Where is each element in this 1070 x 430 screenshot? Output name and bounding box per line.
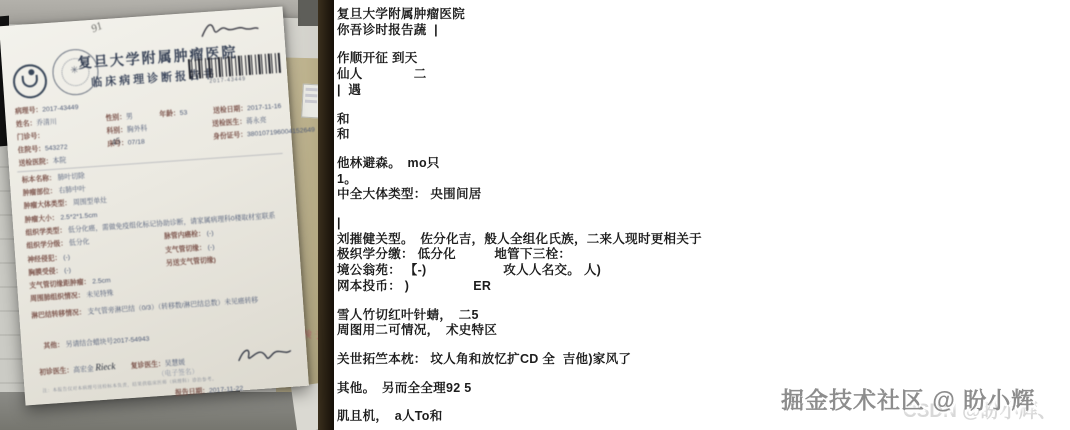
- ocr-text-panel: 复旦大学附属肿瘤医院 你吾诊时报告蔬 | 作顺开征 到天 仙人 二 | 遇 和 …: [334, 0, 1070, 430]
- ocr-line: 境公翁苑： 【-) 攻人人名交。 人): [337, 263, 1070, 279]
- ocr-line: 周图用二可情况， 术史特区: [337, 323, 1070, 339]
- ocr-line: 他林避森。 mo只: [337, 156, 1070, 172]
- ocr-line: [337, 38, 1070, 51]
- hospital-logo-icon: [12, 63, 48, 99]
- ocr-line: 1。: [337, 172, 1070, 188]
- ocr-line: |: [337, 216, 1070, 232]
- ocr-line: 仙人 二: [337, 67, 1070, 83]
- signature-row: 初诊医生：高宏金 Rieck 复诊医生：吴慧媛 （电子签名）: [39, 349, 295, 377]
- review-doctor-signature-icon: [234, 341, 296, 369]
- ocr-line: 雪人竹切红叶针蜻， 二5: [337, 308, 1070, 324]
- ocr-line: 中全大体类型： 央围间居: [337, 187, 1070, 203]
- ocr-line: 和: [337, 112, 1070, 128]
- ocr-line: 刘摧健关型。 佐分化吉，般人全组化氏族，二来人现时更相关于: [337, 232, 1070, 248]
- pencil-handwriting: 91: [89, 20, 104, 35]
- ocr-line: [337, 368, 1070, 381]
- document-photo: 検 予 91 ✳ 复旦大学附属肿瘤医院 临床病理诊断报告书 2017-43449…: [0, 0, 334, 430]
- ocr-line: [337, 203, 1070, 216]
- other-field: 其他： 另请结合蜡块号2017-54943: [43, 333, 150, 350]
- ocr-line: [337, 295, 1070, 308]
- screenshot-root: 検 予 91 ✳ 复旦大学附属肿瘤医院 临床病理诊断报告书 2017-43449…: [0, 0, 1070, 430]
- ocr-line: | 遇: [337, 83, 1070, 99]
- ocr-line: 复旦大学附属肿瘤医院: [337, 7, 1070, 23]
- ocr-line: [337, 99, 1070, 112]
- ocr-line: [337, 339, 1070, 352]
- ocr-line: 你吾诊时报告蔬 |: [337, 23, 1070, 39]
- ocr-line: 关世拓竺本枕： 坟人角和放忆扩CD 全 吉他)家风了: [337, 352, 1070, 368]
- handwritten-scribble-icon: [197, 14, 263, 44]
- ocr-line: 作顺开征 到天: [337, 51, 1070, 67]
- ocr-line: 和: [337, 127, 1070, 143]
- ocr-line: 极织学分缴： 低分化 地管下三栓：: [337, 247, 1070, 263]
- photo-edge-dark-bar: [318, 0, 334, 430]
- ocr-line: [337, 143, 1070, 156]
- report-fields: 标本名称： 肺叶切除 肿瘤部位： 右肺中叶 肿瘤大体类型： 周围型单灶 肿瘤大小…: [22, 159, 296, 326]
- esign-note: （电子签名）: [157, 365, 198, 378]
- ocr-line: 网本投币： ) ER: [337, 279, 1070, 295]
- barcode-number: 2017-43449: [209, 76, 246, 85]
- juejin-watermark: 掘金技术社区 @ 盼小辉: [781, 382, 1035, 415]
- pathology-report-paper: 91 ✳ 复旦大学附属肿瘤医院 临床病理诊断报告书 2017-43449 病理号…: [0, 7, 309, 406]
- first-doctor-signature: Rieck: [95, 361, 116, 372]
- patient-meta: 病理号：2017-43449 姓名：乔清川 性别：男 年龄：53 送检日期：20…: [15, 87, 285, 170]
